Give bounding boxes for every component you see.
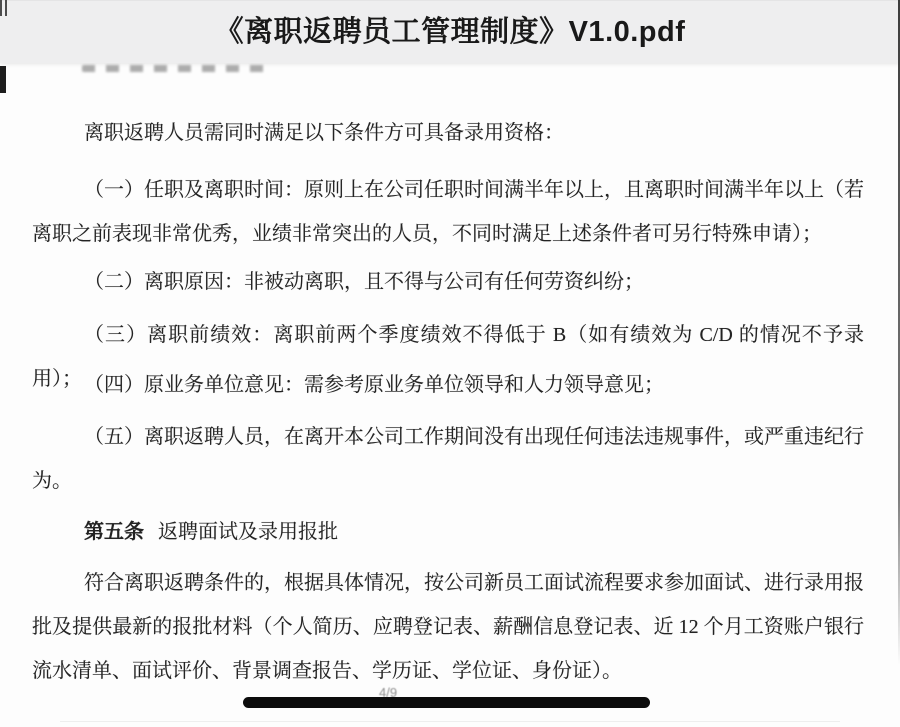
section-heading-number: 第五条 [84,521,144,543]
document-paragraph: （一）任职及离职时间：原则上在公司任职时间满半年以上，且离职时间满半年以上（若离… [32,168,864,256]
pdf-viewer: 离职返聘人员需同时满足以下条件方可具备录用资格： （一）任职及离职时间：原则上在… [0,0,900,727]
pdf-header-bar: 《离职返聘员工管理制度》V1.0.pdf [0,0,900,63]
scan-edge-artifact [0,66,6,93]
home-indicator-bar[interactable] [243,697,650,708]
document-paragraph: （二）离职原因：非被动离职，且不得与公司有任何劳资纠纷； [32,260,864,304]
pdf-file-title: 《离职返聘员工管理制度》V1.0.pdf [0,1,900,63]
document-paragraph: 离职返聘人员需同时满足以下条件方可具备录用资格： [32,111,864,155]
document-paragraph: （四）原业务单位意见：需参考原业务单位领导和人力领导意见； [32,363,864,407]
document-paragraph: （五）离职返聘人员，在离开本公司工作期间没有出现任何违法违规事件，或严重违纪行为… [32,415,864,503]
scan-edge-artifact [60,721,840,722]
scan-edge-artifact [5,0,7,16]
section-heading-text: 返聘面试及录用报批 [158,521,338,543]
scan-edge-artifact [0,0,2,16]
document-paragraph: 符合离职返聘条件的，根据具体情况，按公司新员工面试流程要求参加面试、进行录用报批… [32,561,864,693]
section-heading: 第五条返聘面试及录用报批 [32,510,864,554]
clipped-previous-line-artifact [82,65,274,72]
